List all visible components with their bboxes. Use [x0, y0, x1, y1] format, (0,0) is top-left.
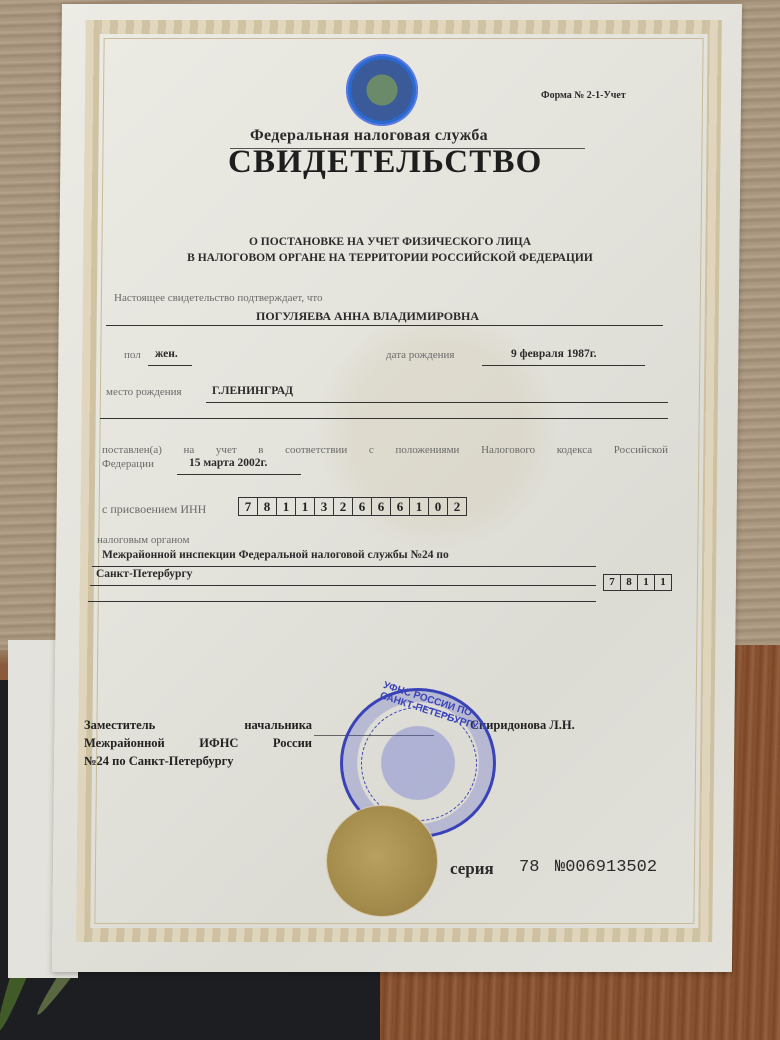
- birth-date-label: дата рождения: [386, 349, 454, 361]
- serial-number: №006913502: [555, 858, 657, 877]
- birthplace-underline-2: [100, 418, 668, 419]
- digit-box: 6: [391, 498, 410, 515]
- digit-box: 0: [429, 498, 448, 515]
- sex-value: жен.: [155, 348, 178, 360]
- inn-label: с присвоением ИНН: [102, 502, 206, 517]
- digit-box: 7: [239, 498, 258, 515]
- digit-box: 1: [277, 498, 296, 515]
- series-label: серия: [450, 859, 494, 879]
- birthplace-value: Г.ЛЕНИНГРАД: [212, 385, 293, 397]
- authority-underline-3: [88, 601, 596, 602]
- authority-code: 7811: [603, 574, 672, 591]
- authority-label: налоговым органом: [97, 534, 189, 546]
- position-line-3: №24 по Санкт-Петербургу: [84, 752, 312, 770]
- digit-box: 8: [621, 575, 638, 590]
- authority-line-2: Санкт-Петербургу: [96, 568, 192, 580]
- digit-box: 8: [258, 498, 277, 515]
- position-word: Заместитель: [84, 716, 155, 734]
- digit-box: 1: [655, 575, 671, 590]
- subtitle-line-2: В НАЛОГОВОМ ОРГАНЕ НА ТЕРРИТОРИИ РОССИЙС…: [130, 250, 650, 266]
- emblem-watermark: [316, 304, 559, 554]
- position-word: ИФНС: [199, 734, 238, 752]
- digit-box: 7: [604, 575, 621, 590]
- registration-federation-label: Федерации: [102, 458, 154, 470]
- confirm-label: Настоящее свидетельство подтверждает, чт…: [114, 292, 323, 304]
- position-word: России: [273, 734, 312, 752]
- birth-date-underline: [482, 365, 645, 366]
- name-underline: [106, 325, 663, 326]
- document-title: СВИДЕТЕЛЬСТВО: [228, 144, 543, 181]
- digit-box: 1: [296, 498, 315, 515]
- inn-number: 781132666102: [238, 497, 467, 516]
- subtitle-line-1: О ПОСТАНОВКЕ НА УЧЕТ ФИЗИЧЕСКОГО ЛИЦА: [130, 234, 650, 250]
- registration-date-underline: [177, 474, 301, 475]
- registration-text: поставлен(а) на учет в соответствии с по…: [102, 444, 668, 456]
- full-name: ПОГУЛЯЕВА АННА ВЛАДИМИРОВНА: [256, 309, 479, 324]
- document-subtitle: О ПОСТАНОВКЕ НА УЧЕТ ФИЗИЧЕСКОГО ЛИЦА В …: [130, 234, 650, 266]
- digit-box: 2: [334, 498, 353, 515]
- digit-box: 1: [410, 498, 429, 515]
- birthplace-label: место рождения: [106, 386, 182, 398]
- digit-box: 2: [448, 498, 466, 515]
- authority-line-1: Межрайонной инспекции Федеральной налого…: [102, 549, 449, 561]
- digit-box: 6: [372, 498, 391, 515]
- authority-underline-1: [92, 566, 596, 567]
- sex-label: пол: [124, 349, 141, 361]
- form-number: Форма № 2-1-Учет: [541, 90, 626, 101]
- gold-seal-icon: [327, 806, 437, 916]
- series-value: 78: [519, 858, 539, 877]
- issuer-name: Федеральная налоговая служба: [250, 127, 488, 145]
- hologram-seal-icon: [346, 54, 418, 126]
- sex-underline: [148, 365, 192, 366]
- digit-box: 6: [353, 498, 372, 515]
- registration-date: 15 марта 2002г.: [189, 457, 267, 469]
- digit-box: 1: [638, 575, 655, 590]
- digit-box: 3: [315, 498, 334, 515]
- authority-underline-2: [90, 585, 596, 586]
- position-word: начальника: [244, 716, 312, 734]
- signatory-position: Заместитель начальника Межрайонной ИФНС …: [84, 716, 312, 770]
- birthplace-underline: [206, 402, 668, 403]
- birth-date-value: 9 февраля 1987г.: [511, 348, 597, 360]
- position-word: Межрайонной: [84, 734, 165, 752]
